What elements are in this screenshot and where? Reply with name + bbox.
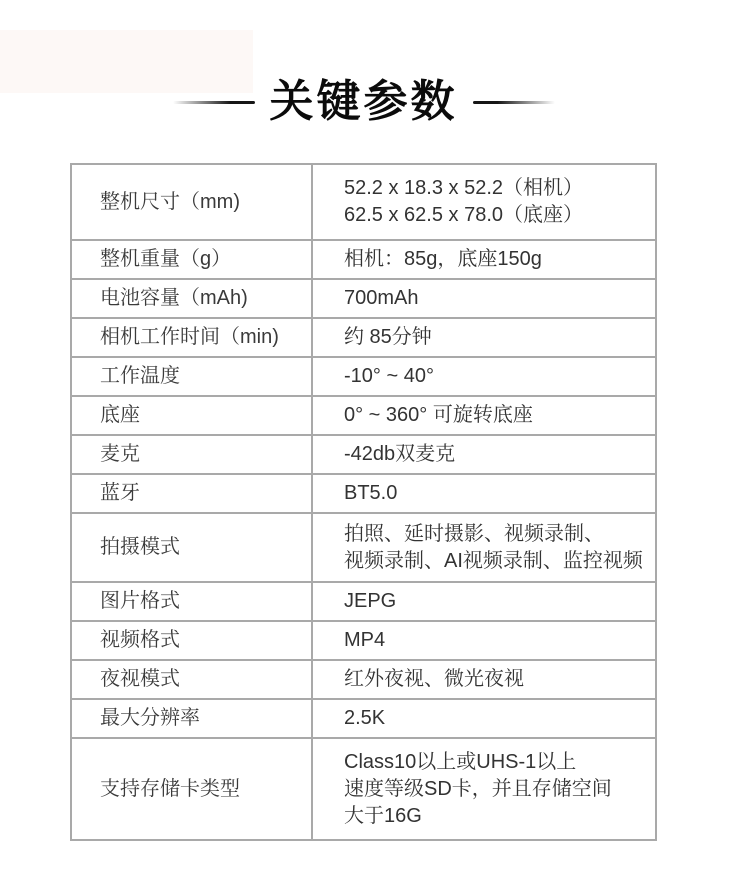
row-label: 麦克 — [72, 436, 311, 473]
row-value: 700mAh — [311, 280, 655, 317]
table-row: 工作温度 -10° ~ 40° — [72, 356, 655, 395]
page-title: 关键参数 — [270, 80, 458, 124]
row-value: 0° ~ 360° 可旋转底座 — [311, 397, 655, 434]
row-value: 52.2 x 18.3 x 52.2（相机） 62.5 x 62.5 x 78.… — [311, 165, 655, 239]
row-label: 蓝牙 — [72, 475, 311, 512]
table-row: 最大分辨率 2.5K — [72, 698, 655, 737]
table-row: 视频格式 MP4 — [72, 620, 655, 659]
row-value: MP4 — [311, 622, 655, 659]
row-label: 相机工作时间（min) — [72, 319, 311, 356]
row-value: Class10以上或UHS-1以上 速度等级SD卡，并且存储空间 大于16G — [311, 739, 655, 839]
table-row: 整机重量（g） 相机：85g，底座150g — [72, 239, 655, 278]
table-row: 图片格式 JEPG — [72, 581, 655, 620]
title-dash-right — [473, 101, 555, 104]
row-value: 拍照、延时摄影、视频录制、 视频录制、AI视频录制、监控视频 — [311, 514, 655, 581]
page-title-section: 关键参数 — [70, 72, 657, 132]
row-label: 夜视模式 — [72, 661, 311, 698]
title-dash-left — [173, 101, 255, 104]
row-label: 图片格式 — [72, 583, 311, 620]
table-row: 麦克 -42db双麦克 — [72, 434, 655, 473]
table-row: 整机尺寸（mm) 52.2 x 18.3 x 52.2（相机） 62.5 x 6… — [72, 165, 655, 239]
row-value: 约 85分钟 — [311, 319, 655, 356]
spec-table: 整机尺寸（mm) 52.2 x 18.3 x 52.2（相机） 62.5 x 6… — [70, 163, 657, 841]
row-value: BT5.0 — [311, 475, 655, 512]
row-label: 视频格式 — [72, 622, 311, 659]
row-label: 拍摄模式 — [72, 514, 311, 581]
row-value: 2.5K — [311, 700, 655, 737]
table-row: 拍摄模式 拍照、延时摄影、视频录制、 视频录制、AI视频录制、监控视频 — [72, 512, 655, 581]
table-row: 夜视模式 红外夜视、微光夜视 — [72, 659, 655, 698]
table-row: 底座 0° ~ 360° 可旋转底座 — [72, 395, 655, 434]
row-value: -10° ~ 40° — [311, 358, 655, 395]
table-row: 相机工作时间（min) 约 85分钟 — [72, 317, 655, 356]
row-label: 支持存储卡类型 — [72, 739, 311, 839]
row-label: 电池容量（mAh) — [72, 280, 311, 317]
row-value: -42db双麦克 — [311, 436, 655, 473]
row-value: JEPG — [311, 583, 655, 620]
row-label: 整机尺寸（mm) — [72, 165, 311, 239]
row-label: 最大分辨率 — [72, 700, 311, 737]
row-value: 红外夜视、微光夜视 — [311, 661, 655, 698]
row-value: 相机：85g，底座150g — [311, 241, 655, 278]
row-label: 底座 — [72, 397, 311, 434]
table-row: 电池容量（mAh) 700mAh — [72, 278, 655, 317]
row-label: 工作温度 — [72, 358, 311, 395]
table-row: 蓝牙 BT5.0 — [72, 473, 655, 512]
table-row: 支持存储卡类型 Class10以上或UHS-1以上 速度等级SD卡，并且存储空间… — [72, 737, 655, 839]
row-label: 整机重量（g） — [72, 241, 311, 278]
